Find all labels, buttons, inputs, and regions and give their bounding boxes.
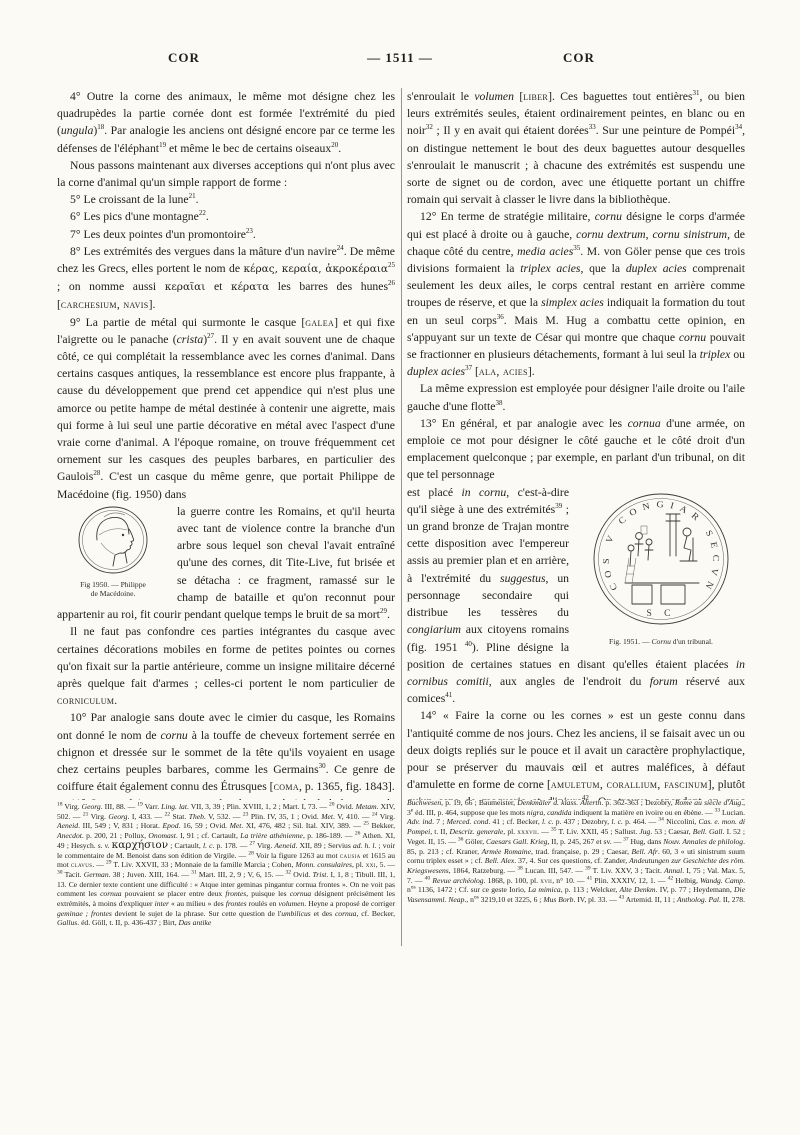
paragraph-10: 10° Par analogie sans doute avec le cimi… bbox=[57, 709, 395, 795]
paragraph-corniculum: Il ne faut pas confondre ces parties int… bbox=[57, 623, 395, 709]
left-column: 4° Outre la corne des animaux, le même m… bbox=[57, 88, 395, 800]
coin-philippe-illustration bbox=[74, 505, 152, 577]
paragraph-14: 14° « Faire la corne ou les cornes » est… bbox=[407, 707, 745, 800]
figure-text-wrap-1951: COS V CONGIAR SECVND bbox=[407, 484, 745, 708]
paragraph-intro-list: Nous passons maintenant aux diverses acc… bbox=[57, 157, 395, 191]
figure-philippe-coin: Fig 1950. — Philippede Macédoine. bbox=[57, 505, 169, 599]
paragraph-11: 11° On appelait encore cornua les deux e… bbox=[57, 795, 395, 800]
column-divider-rule bbox=[401, 88, 402, 946]
footnotes-right: Buchwesen, p. 19, 66 ; Baumeister, Denkm… bbox=[407, 798, 745, 905]
paragraph-13-part1: 13° En général, et par analogie avec les… bbox=[407, 415, 745, 484]
figure-caption-1951: Fig. 1951. — Cornu d'un tribunal. bbox=[577, 637, 745, 647]
paragraph-9-part1: 9° La partie de métal qui surmonte le ca… bbox=[57, 314, 395, 503]
coin-legend-text: COS V CONGIAR SECVND bbox=[585, 486, 721, 596]
paragraph-6: 6° Les pics d'une montagne22. bbox=[57, 208, 395, 225]
figure-tribunal-coin: COS V CONGIAR SECVND bbox=[577, 486, 745, 647]
paragraph-11-continued: s'enroulait le volumen [liber]. Ces bagu… bbox=[407, 88, 745, 208]
paragraph-12: 12° En terme de stratégie militaire, cor… bbox=[407, 208, 745, 380]
coin-tribunal-illustration: COS V CONGIAR SECVND bbox=[585, 486, 737, 634]
page-header: COR — 1511 — COR bbox=[0, 50, 800, 68]
svg-text:COS V CONGIAR SECVND: COS V CONGIAR SECVND bbox=[585, 486, 721, 596]
figure-text-wrap-1950: Fig 1950. — Philippede Macédoine. la gue… bbox=[57, 503, 395, 623]
right-column: s'enroulait le volumen [liber]. Ces bagu… bbox=[407, 88, 745, 800]
paragraph-5: 5° Le croissant de la lune21. bbox=[57, 191, 395, 208]
footnotes-left: 18 Virg. Georg. III, 88. — 19 Varr. Ling… bbox=[57, 802, 395, 928]
coin-exergue-text: S C bbox=[647, 609, 676, 619]
running-title-right: COR bbox=[563, 50, 595, 66]
page-number: — 1511 — bbox=[0, 50, 800, 66]
paragraph-fleet: La même expression est employée pour dés… bbox=[407, 380, 745, 414]
scanned-dictionary-page: COR — 1511 — COR 4° Outre la corne des a… bbox=[0, 0, 800, 1135]
figure-caption-1950: Fig 1950. — Philippede Macédoine. bbox=[57, 580, 169, 599]
paragraph-4: 4° Outre la corne des animaux, le même m… bbox=[57, 88, 395, 157]
paragraph-8: 8° Les extrémités des vergues dans la mâ… bbox=[57, 243, 395, 314]
paragraph-7: 7° Les deux pointes d'un promontoire23. bbox=[57, 226, 395, 243]
